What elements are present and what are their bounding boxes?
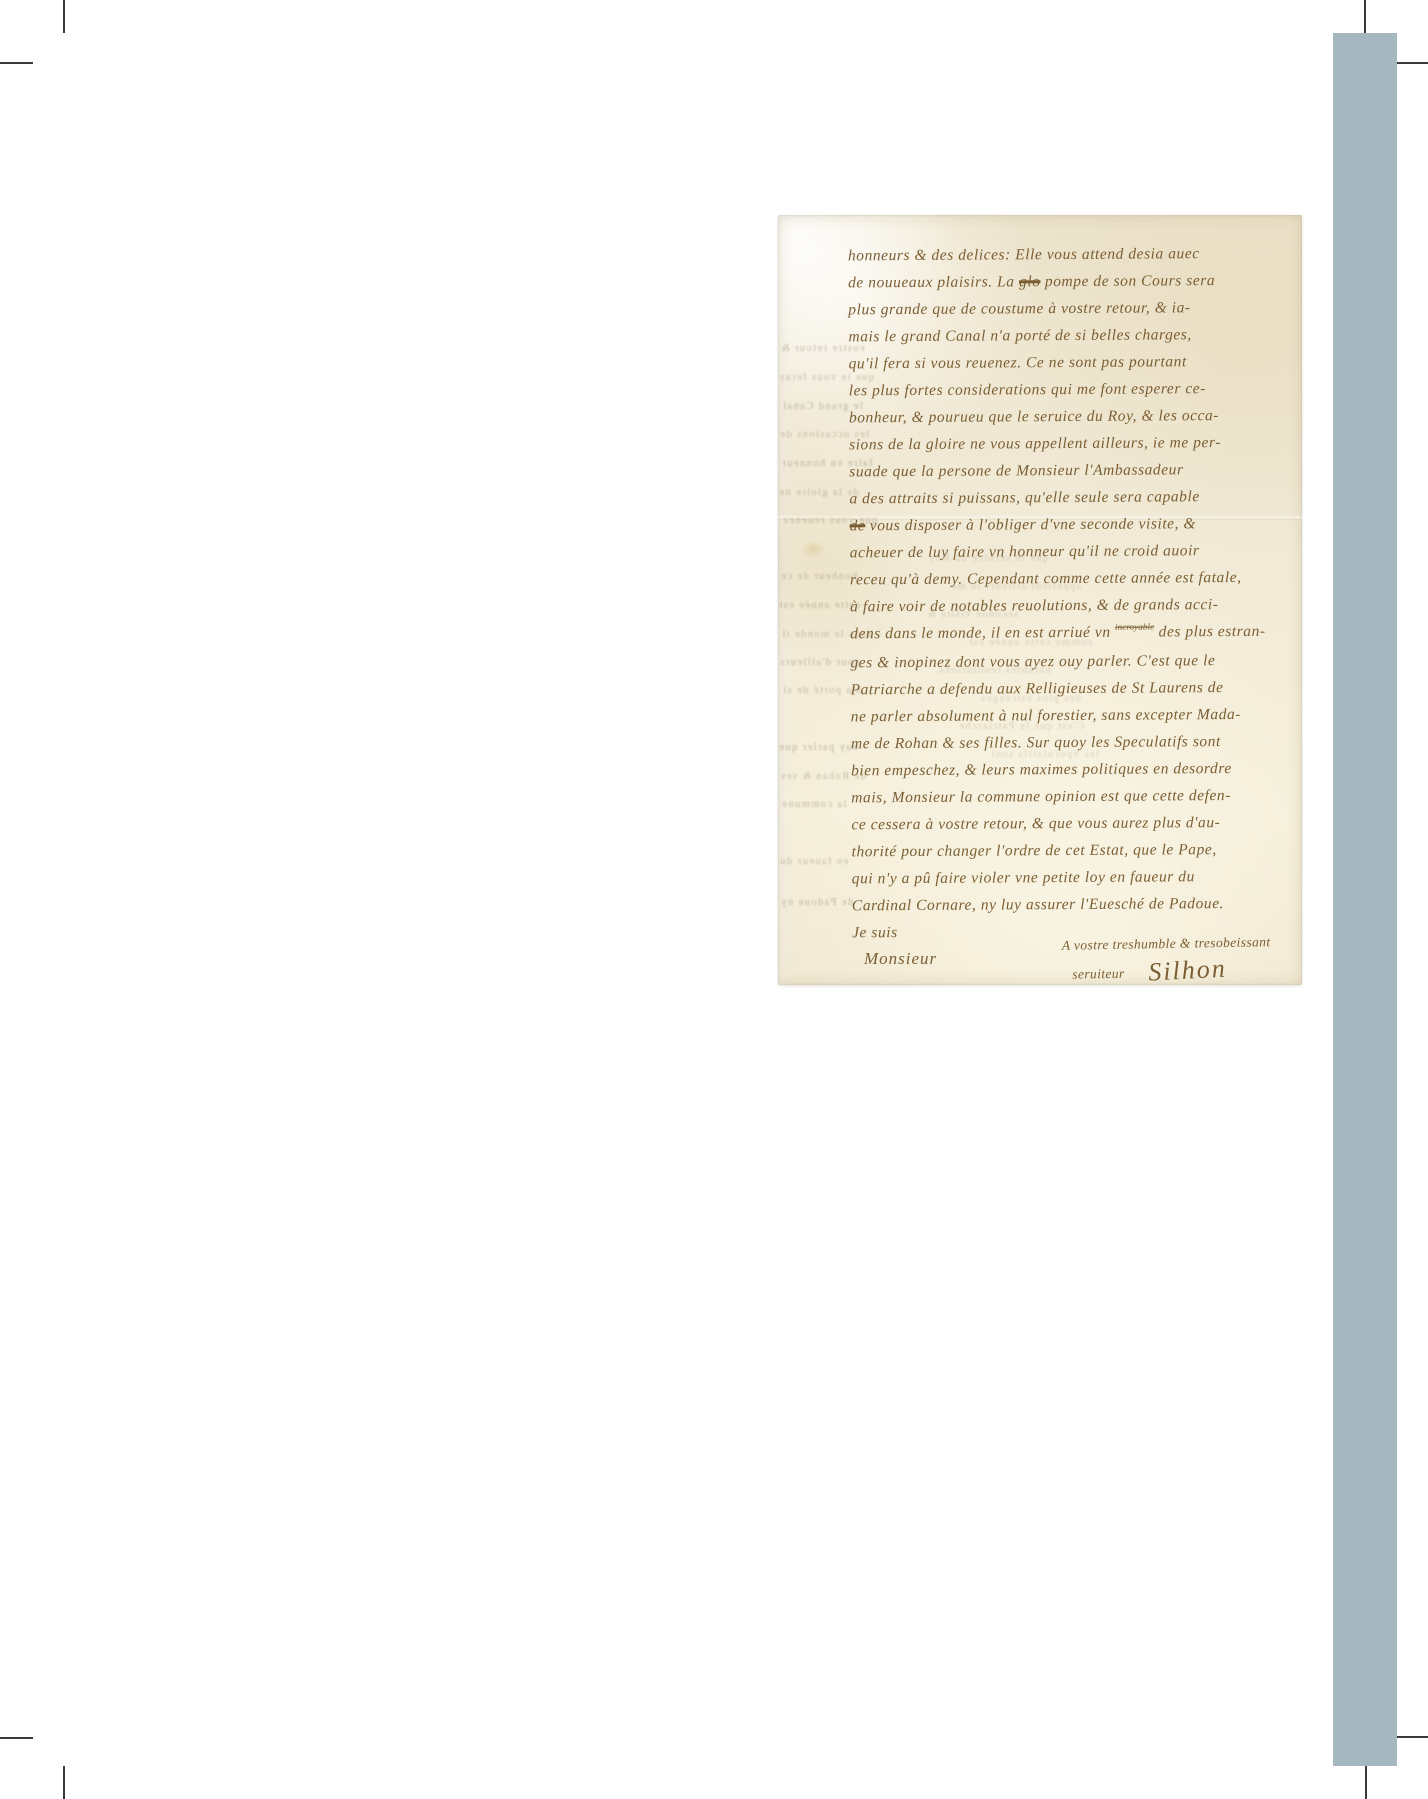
letter-line: a des attraits si puissans, qu'elle seul… <box>849 483 1295 513</box>
accent-bar <box>1333 33 1397 1766</box>
letter-line: ne parler absolument à nul forestier, sa… <box>851 701 1297 731</box>
letter-line: de vous disposer à l'obliger d'vne secon… <box>850 510 1296 540</box>
letter-line: Patriarche a defendu aux Relligieuses de… <box>851 674 1297 704</box>
signature: Silhon <box>1148 956 1228 985</box>
letter-line: plus grande que de coustume à vostre ret… <box>848 294 1294 324</box>
letter-line: thorité pour changer l'ordre de cet Esta… <box>851 836 1297 866</box>
crop-mark-bottom-left-vertical <box>63 1766 65 1799</box>
letter-line: suade que la persone de Monsieur l'Ambas… <box>849 456 1295 486</box>
bleedthrough-text: pour d'ailleurs <box>779 657 860 668</box>
letter-line: bonheur, & pourueu que le seruice du Roy… <box>849 402 1295 432</box>
valediction-servant: seruiteur <box>1072 966 1125 982</box>
letter-line: sions de la gloire ne vous appellent ail… <box>849 429 1295 459</box>
letter-line: acheuer de luy faire vn honneur qu'il ne… <box>850 537 1296 567</box>
bleedthrough-text: en faueur du <box>779 856 848 867</box>
bleedthrough-text: de la gloire ne <box>778 487 859 498</box>
letter-line: me de Rohan & ses filles. Sur quoy les S… <box>851 728 1297 758</box>
page-canvas: vostre retour &que ie vous ferayle grand… <box>0 0 1428 1799</box>
bleedthrough-text: cette année est <box>778 600 860 611</box>
letter-line: bien empeschez, & leurs maximes politiqu… <box>851 755 1297 785</box>
bleedthrough-text: la commune <box>781 799 847 810</box>
crop-mark-bottom-left-horizontal <box>0 1737 33 1739</box>
letter-line: qu'il fera si vous reuenez. Ce ne sont p… <box>849 348 1295 378</box>
crop-mark-top-right-vertical <box>1364 0 1366 33</box>
letter-line: ges & inopinez dont vous ayez ouy parler… <box>850 647 1296 677</box>
manuscript-scan: vostre retour &que ie vous ferayle grand… <box>778 215 1302 985</box>
crop-mark-top-right-horizontal <box>1395 62 1428 64</box>
letter-line: mais le grand Canal n'a porté de si bell… <box>848 321 1294 351</box>
letter-line: les plus fortes considerations qui me fo… <box>849 375 1295 405</box>
letter-valediction: A vostre treshumble & tresobeissant seru… <box>1062 929 1272 987</box>
bleedthrough-text: bonheur de ce <box>780 571 857 582</box>
valediction-line-2: seruiteur Silhon <box>1062 954 1271 987</box>
letter-line: ce cessera à vostre retour, & que vous a… <box>851 809 1297 839</box>
letter-line: à faire voir de notables reuolutions, & … <box>850 591 1296 621</box>
letter-line: dens dans le monde, il en est arriué vn … <box>850 618 1296 650</box>
bleedthrough-text: n'a porté de si <box>782 685 861 696</box>
bleedthrough-text: de Padoue ny <box>780 897 853 908</box>
valediction-line-1: A vostre treshumble & tresobeissant <box>1062 929 1271 958</box>
crop-mark-bottom-right-horizontal <box>1396 1736 1428 1738</box>
crop-mark-top-left-vertical <box>63 0 65 33</box>
letter-lines: honneurs & des delices: Elle vous attend… <box>848 240 1298 947</box>
letter-salutation: Monsieur <box>864 949 937 969</box>
letter-line: receu qu'à demy. Cependant comme cette a… <box>850 564 1296 594</box>
letter-line: qui n'y a pû faire violer vne petite loy… <box>852 863 1298 893</box>
letter-line: mais, Monsieur la commune opinion est qu… <box>851 782 1297 812</box>
letter-line: honneurs & des delices: Elle vous attend… <box>848 240 1294 270</box>
letter-line: Cardinal Cornare, ny luy assurer l'Euesc… <box>852 890 1298 920</box>
bleedthrough-text: ouy parler que <box>778 742 858 753</box>
crop-mark-top-left-horizontal <box>0 62 33 64</box>
letter-line: de nouueaux plaisirs. La glo pompe de so… <box>848 267 1294 297</box>
crop-mark-bottom-right-vertical <box>1365 1766 1367 1799</box>
